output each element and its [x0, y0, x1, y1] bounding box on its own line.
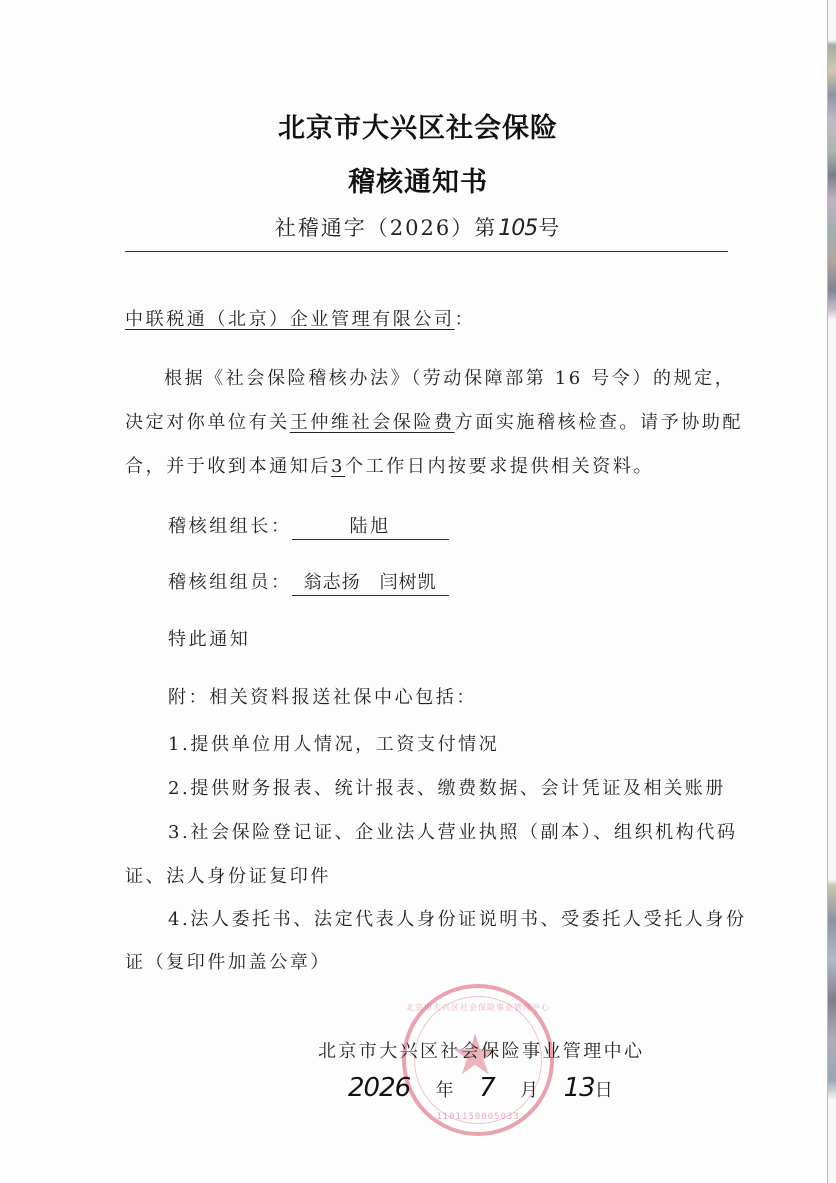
date-month-label: 月: [520, 1080, 538, 1101]
seal-code: 1101150005033: [406, 1112, 550, 1122]
date-day-label: 日: [595, 1080, 613, 1101]
document-number-handwritten: 105: [497, 216, 538, 241]
date-year-label: 年: [436, 1080, 454, 1101]
team-leader-label: 稽核组组长：: [168, 516, 292, 537]
document-number-prefix: 社稽通字（2026）第: [275, 216, 497, 240]
team-leader-row: 稽核组组长：陆旭: [168, 512, 449, 540]
document-number-suffix: 号: [538, 216, 561, 240]
date-year-handwritten: 2026: [348, 1073, 410, 1103]
header-divider: [125, 251, 728, 252]
body-line-2-before: 决定对你单位有关: [125, 412, 290, 433]
scan-edge-artifact: [828, 0, 836, 1183]
attachment-item-4-cont: 证（复印件加盖公章）: [125, 948, 331, 974]
team-members-row: 稽核组组员：翁志扬 闫树凯: [168, 568, 449, 596]
attachment-item-3-cont: 证、法人身份证复印件: [125, 862, 331, 888]
body-line-3-before: 合，并于收到本通知后: [125, 456, 331, 477]
addressee: 中联税通（北京）企业管理有限公司：: [125, 305, 475, 331]
document-title-line2: 稽核通知书: [0, 160, 836, 199]
team-leader-value: 陆旭: [292, 512, 449, 540]
notice-closing: 特此通知: [168, 625, 250, 651]
body-line-3: 合，并于收到本通知后3个工作日内按要求提供相关资料。: [125, 452, 654, 478]
date-day-handwritten: 13: [564, 1073, 595, 1103]
body-line-2: 决定对你单位有关王仲维社会保险费方面实施稽核检查。请予协助配: [125, 408, 743, 434]
attachment-item-1: 1.提供单位用人情况，工资支付情况: [168, 730, 499, 756]
team-members-label: 稽核组组员：: [168, 572, 292, 593]
document-number: 社稽通字（2026）第105号: [0, 212, 836, 242]
issuer-name: 北京市大兴区社会保险事业管理中心: [318, 1037, 644, 1063]
body-line-3-after: 个工作日内按要求提供相关资料。: [345, 456, 654, 477]
date-month-handwritten: 7: [479, 1073, 495, 1103]
document-title-line1: 北京市大兴区社会保险: [0, 106, 836, 145]
addressee-colon: ：: [455, 309, 476, 330]
attachment-item-2: 2.提供财务报表、统计报表、缴费数据、会计凭证及相关账册: [168, 774, 726, 800]
attachment-item-3: 3.社会保险登记证、企业法人营业执照（副本）、组织机构代码: [168, 818, 738, 844]
attachment-item-4: 4.法人委托书、法定代表人身份证说明书、受委托人受托人身份: [168, 905, 747, 931]
team-members-value: 翁志扬 闫树凯: [292, 568, 449, 596]
addressee-name: 中联税通（北京）企业管理有限公司: [125, 309, 455, 330]
document-page: 北京市大兴区社会保险 稽核通知书 社稽通字（2026）第105号 中联税通（北京…: [0, 0, 836, 1183]
body-line-2-after: 方面实施稽核检查。请予协助配: [455, 412, 743, 433]
audit-subject: 王仲维社会保险费: [290, 412, 455, 433]
attachments-heading: 附：相关资料报送社保中心包括：: [168, 683, 477, 709]
body-line-1: 根据《社会保险稽核办法》（劳动保障部第 16 号令）的规定，: [164, 364, 735, 390]
seal-text: 北京市大兴区社会保险事业管理中心: [406, 1002, 550, 1013]
issue-date: 2026 年 7 月 13日: [348, 1073, 613, 1103]
deadline-days: 3: [331, 456, 345, 477]
